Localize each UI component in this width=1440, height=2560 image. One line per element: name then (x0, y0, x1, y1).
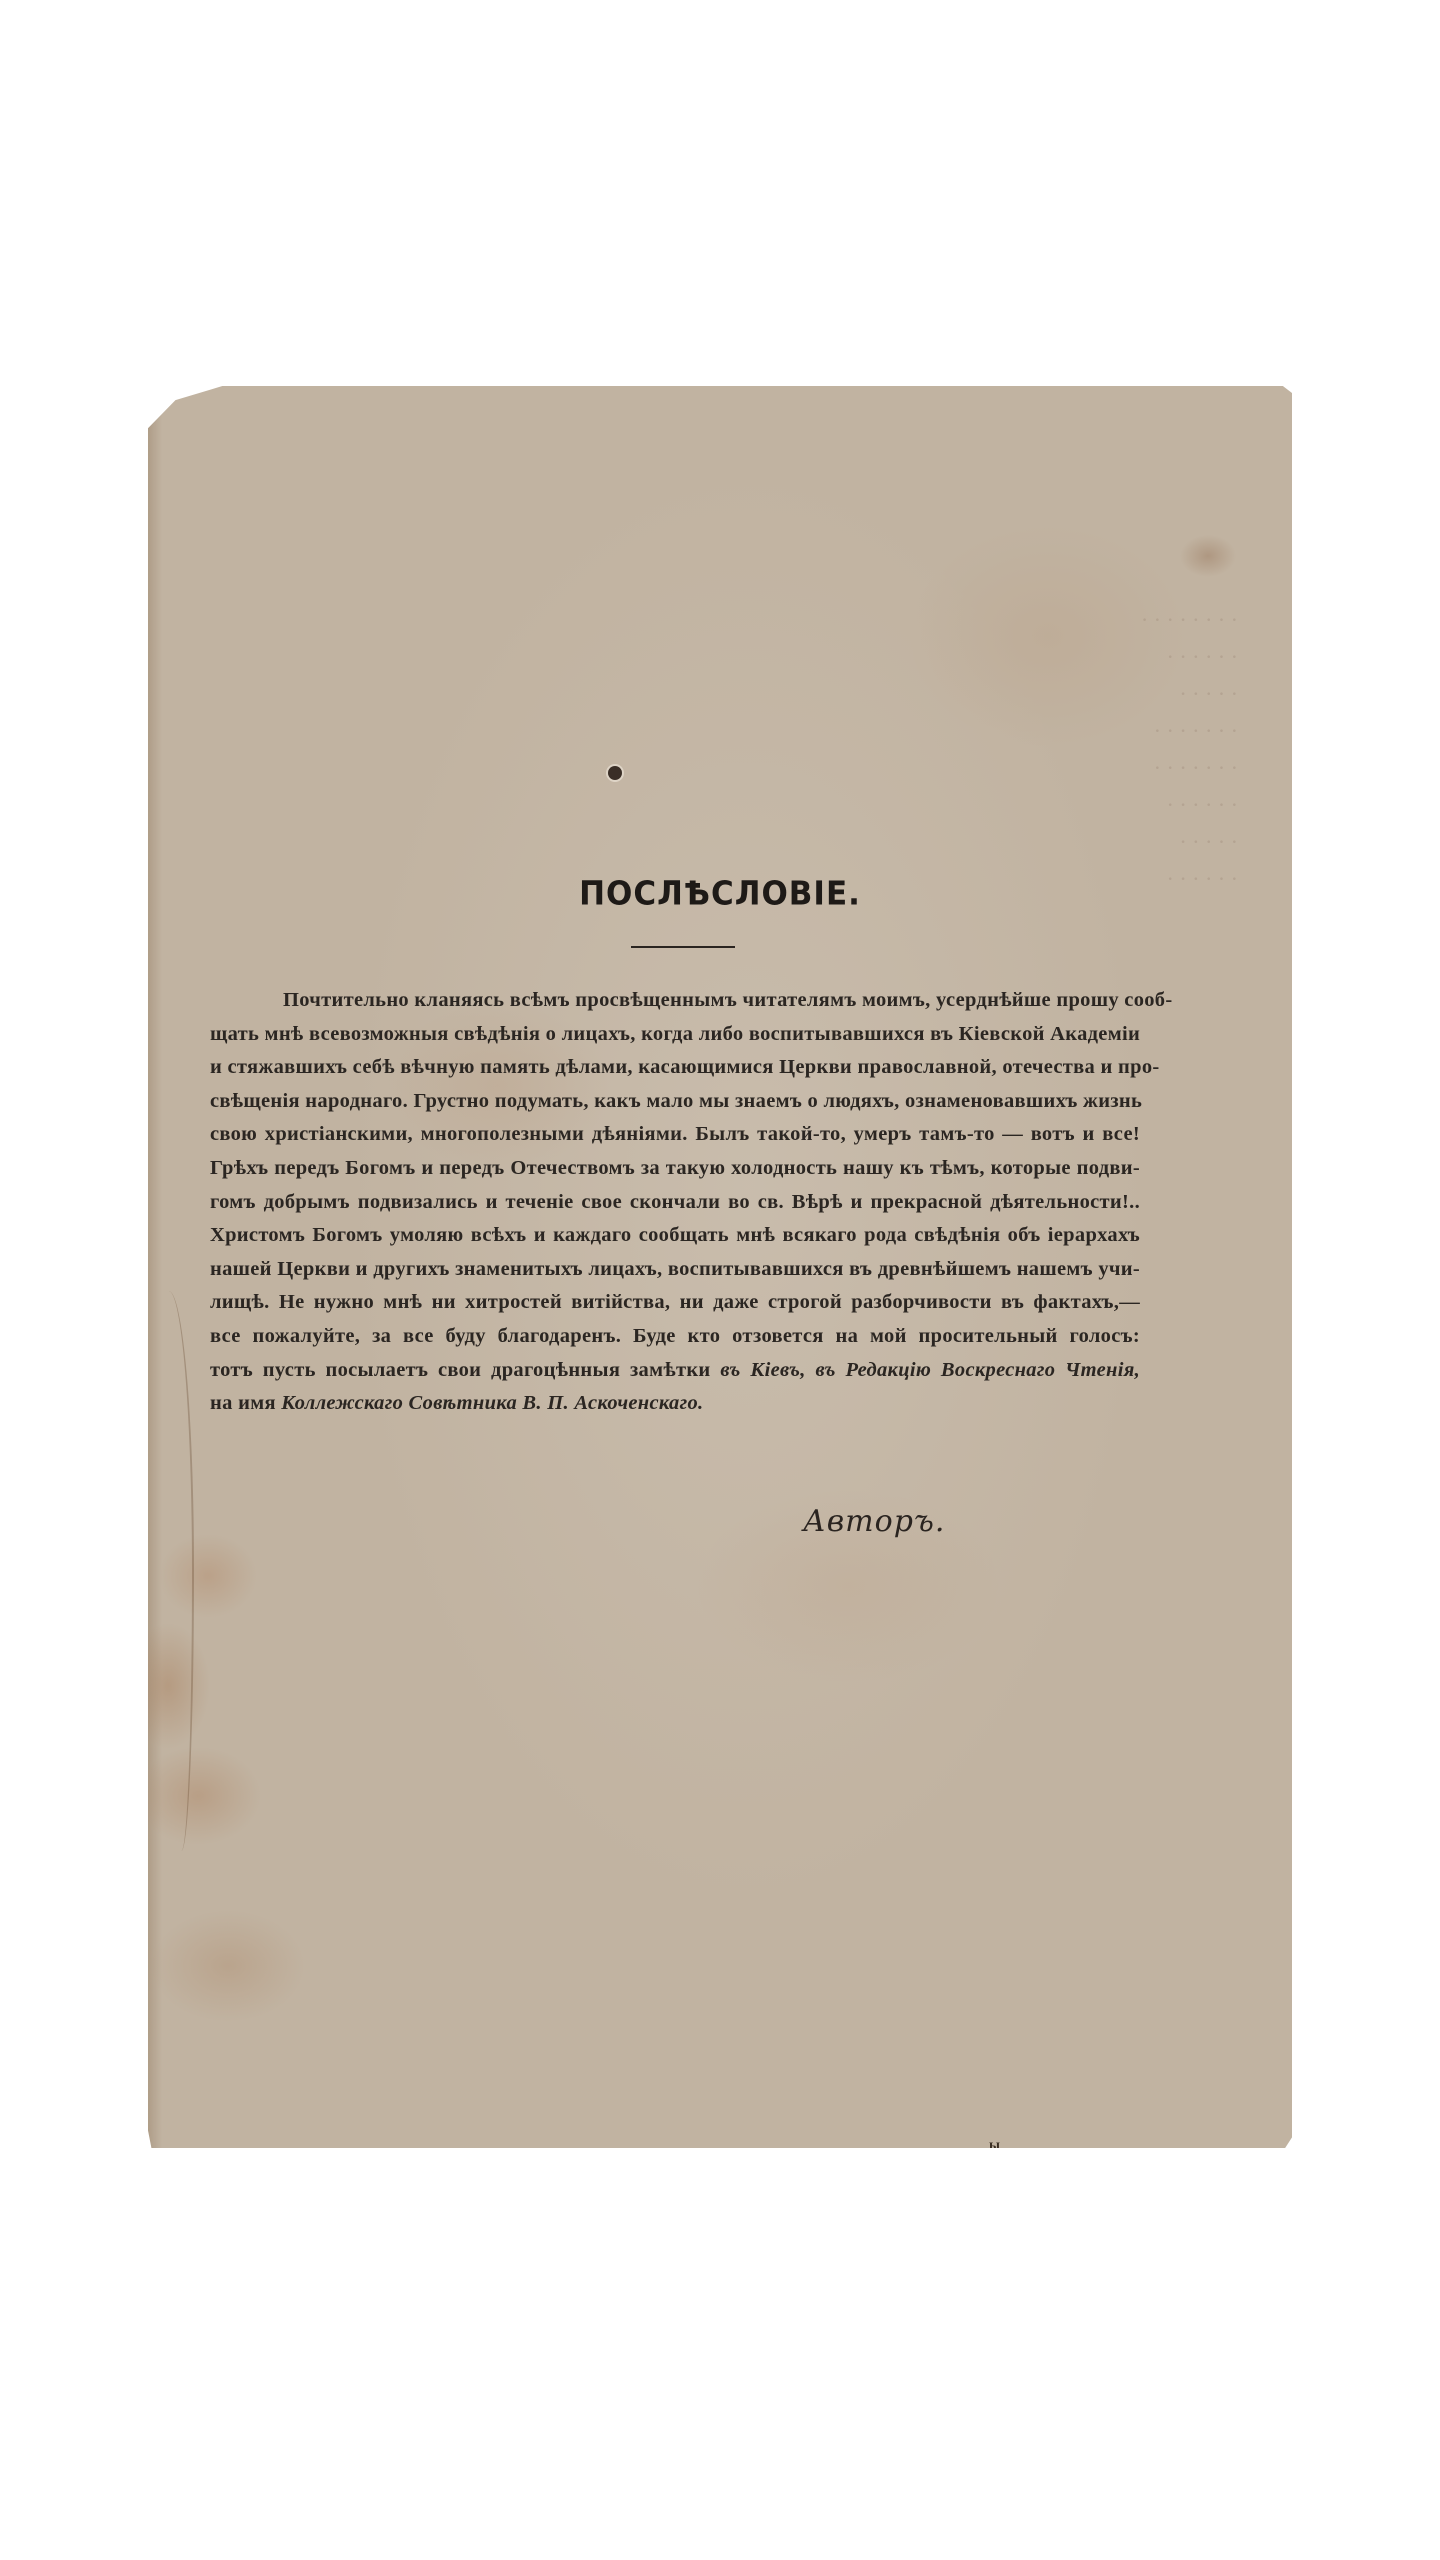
bleed-through-text: · · · · · · · ·· · · · · ·· · · · ·· · ·… (918, 601, 1238, 897)
page-hole (608, 766, 622, 780)
body-line-address: тотъ пусть посылаетъ свои драгоцѣнныя за… (210, 1354, 1140, 1388)
body-line: лищѣ. Не нужно мнѣ ни хитростей витійств… (210, 1286, 1140, 1320)
body-paragraph: Почтительно кланяясь всѣмъ просвѣщеннымъ… (210, 984, 1140, 1421)
body-line: и стяжавшихъ себѣ вѣчную память дѣлами, … (210, 1051, 1140, 1085)
bleed-line: · · · · · · · · (918, 601, 1238, 638)
address-plain-text: тотъ пусть посылаетъ свои драгоцѣнныя за… (210, 1359, 720, 1381)
body-line: Грѣхъ передъ Богомъ и передъ Отечествомъ… (210, 1152, 1140, 1186)
page-title: ПОСЛѢСЛОВІЕ. (148, 875, 1292, 913)
bleed-line: · · · · · · · (918, 749, 1238, 786)
bleed-line: · · · · · (918, 823, 1238, 860)
body-line: нашей Церкви и другихъ знаменитыхъ лицах… (210, 1253, 1140, 1287)
addressee-plain-text: на имя (210, 1392, 281, 1414)
body-line: щать мнѣ всевозможныя свѣдѣнія о лицахъ,… (210, 1018, 1140, 1052)
bleed-line: · · · · · · · (918, 712, 1238, 749)
document-page: · · · · · · · ·· · · · · ·· · · · ·· · ·… (148, 386, 1292, 2148)
author-signature: Авторъ. (803, 1504, 945, 1539)
bleed-line: · · · · · · (918, 786, 1238, 823)
page-mark: ы (989, 2138, 1000, 2154)
body-line: гомъ добрымъ подвизались и теченіе свое … (210, 1186, 1140, 1220)
title-divider (631, 946, 735, 948)
page-fold-crease (152, 1291, 194, 1851)
body-line: все пожалуйте, за все буду благодаренъ. … (210, 1320, 1140, 1354)
bleed-line: · · · · · (918, 675, 1238, 712)
addressee-italic-text: Коллежскаго Совѣтника В. П. Аскоченскаго… (281, 1392, 703, 1414)
body-line: Христомъ Богомъ умоляю всѣхъ и каждаго с… (210, 1219, 1140, 1253)
bleed-line: · · · · · · (918, 638, 1238, 675)
body-line: Почтительно кланяясь всѣмъ просвѣщеннымъ… (210, 984, 1140, 1018)
body-line-addressee: на имя Коллежскаго Совѣтника В. П. Аскоч… (210, 1387, 1140, 1421)
address-italic-text: въ Кіевъ, въ Редакцію Воскреснаго Чтенія… (720, 1359, 1140, 1381)
body-line: свѣщенія народнаго. Грустно подумать, ка… (210, 1085, 1140, 1119)
body-line: свою христіанскими, многополезными дѣяні… (210, 1118, 1140, 1152)
